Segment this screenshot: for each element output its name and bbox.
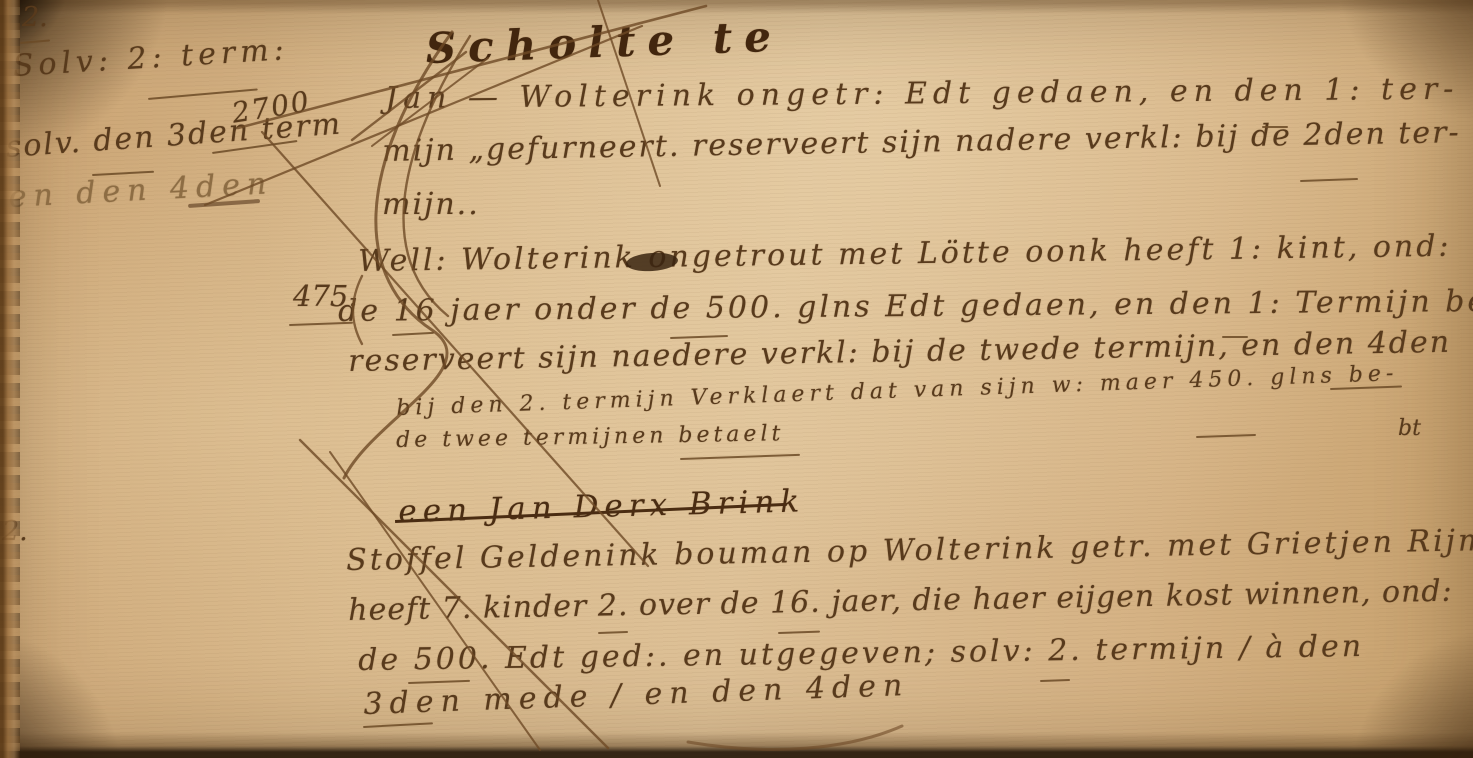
margin-page-number-mid: 2. xyxy=(2,518,28,545)
margin-note-en-den-4den: en den 4den xyxy=(8,169,274,213)
underline-2den-entry1 xyxy=(1300,178,1358,182)
underline-2-entry3 xyxy=(598,631,628,634)
underline-1-entry2 xyxy=(1222,336,1248,338)
entry3-line-2: heeft 7. kinder 2. over de 16. jaer, die… xyxy=(348,577,1453,626)
underline-1-entry1 xyxy=(1262,126,1288,128)
entry2-line-2: de 16 jaer onder de 500. glns Edt gedaen… xyxy=(338,287,1473,327)
text-layer: 2. Solv: 2: term: 2700 solv. den 3den te… xyxy=(0,0,1473,758)
margin-note-solv-3den-term: solv. den 3den term xyxy=(5,110,343,163)
margin-page-number-top: 2. xyxy=(22,4,48,31)
entry3-line-1: Stoffel Geldenink bouman op Wolterink ge… xyxy=(346,525,1473,576)
entry2-line-1: Well: Wolterink ongetrout met Lötte oonk… xyxy=(358,232,1452,277)
underline-3den-entry3 xyxy=(363,722,433,728)
margin-note-solv-2-term: Solv: 2: term: xyxy=(12,35,290,82)
underline-450-subnote xyxy=(1196,434,1256,438)
underline-page-number xyxy=(20,39,50,44)
entry1-line-2: mijn „gefurneert. reserveert sijn nadere… xyxy=(382,118,1461,167)
underline-16-entry2 xyxy=(392,332,434,336)
underline-betaelt xyxy=(680,454,800,460)
entry2-subnote-line-2: de twee termijnen betaelt xyxy=(396,423,785,452)
entry2-subnote-fragment: bt xyxy=(1398,418,1421,440)
entry3-line-4: 3den mede / en den 4den xyxy=(363,671,910,720)
entry1-heading: Scholte te xyxy=(425,16,784,70)
underline-16-entry3 xyxy=(778,631,820,634)
manuscript-page: 2. Solv: 2: term: 2700 solv. den 3den te… xyxy=(0,0,1473,758)
entry1-line-1: Jan — Wolterink ongetr: Edt gedaen, en d… xyxy=(385,75,1459,114)
entry1-line-3: mijn.. xyxy=(382,190,480,220)
underline-2-term-entry3 xyxy=(1040,679,1070,682)
